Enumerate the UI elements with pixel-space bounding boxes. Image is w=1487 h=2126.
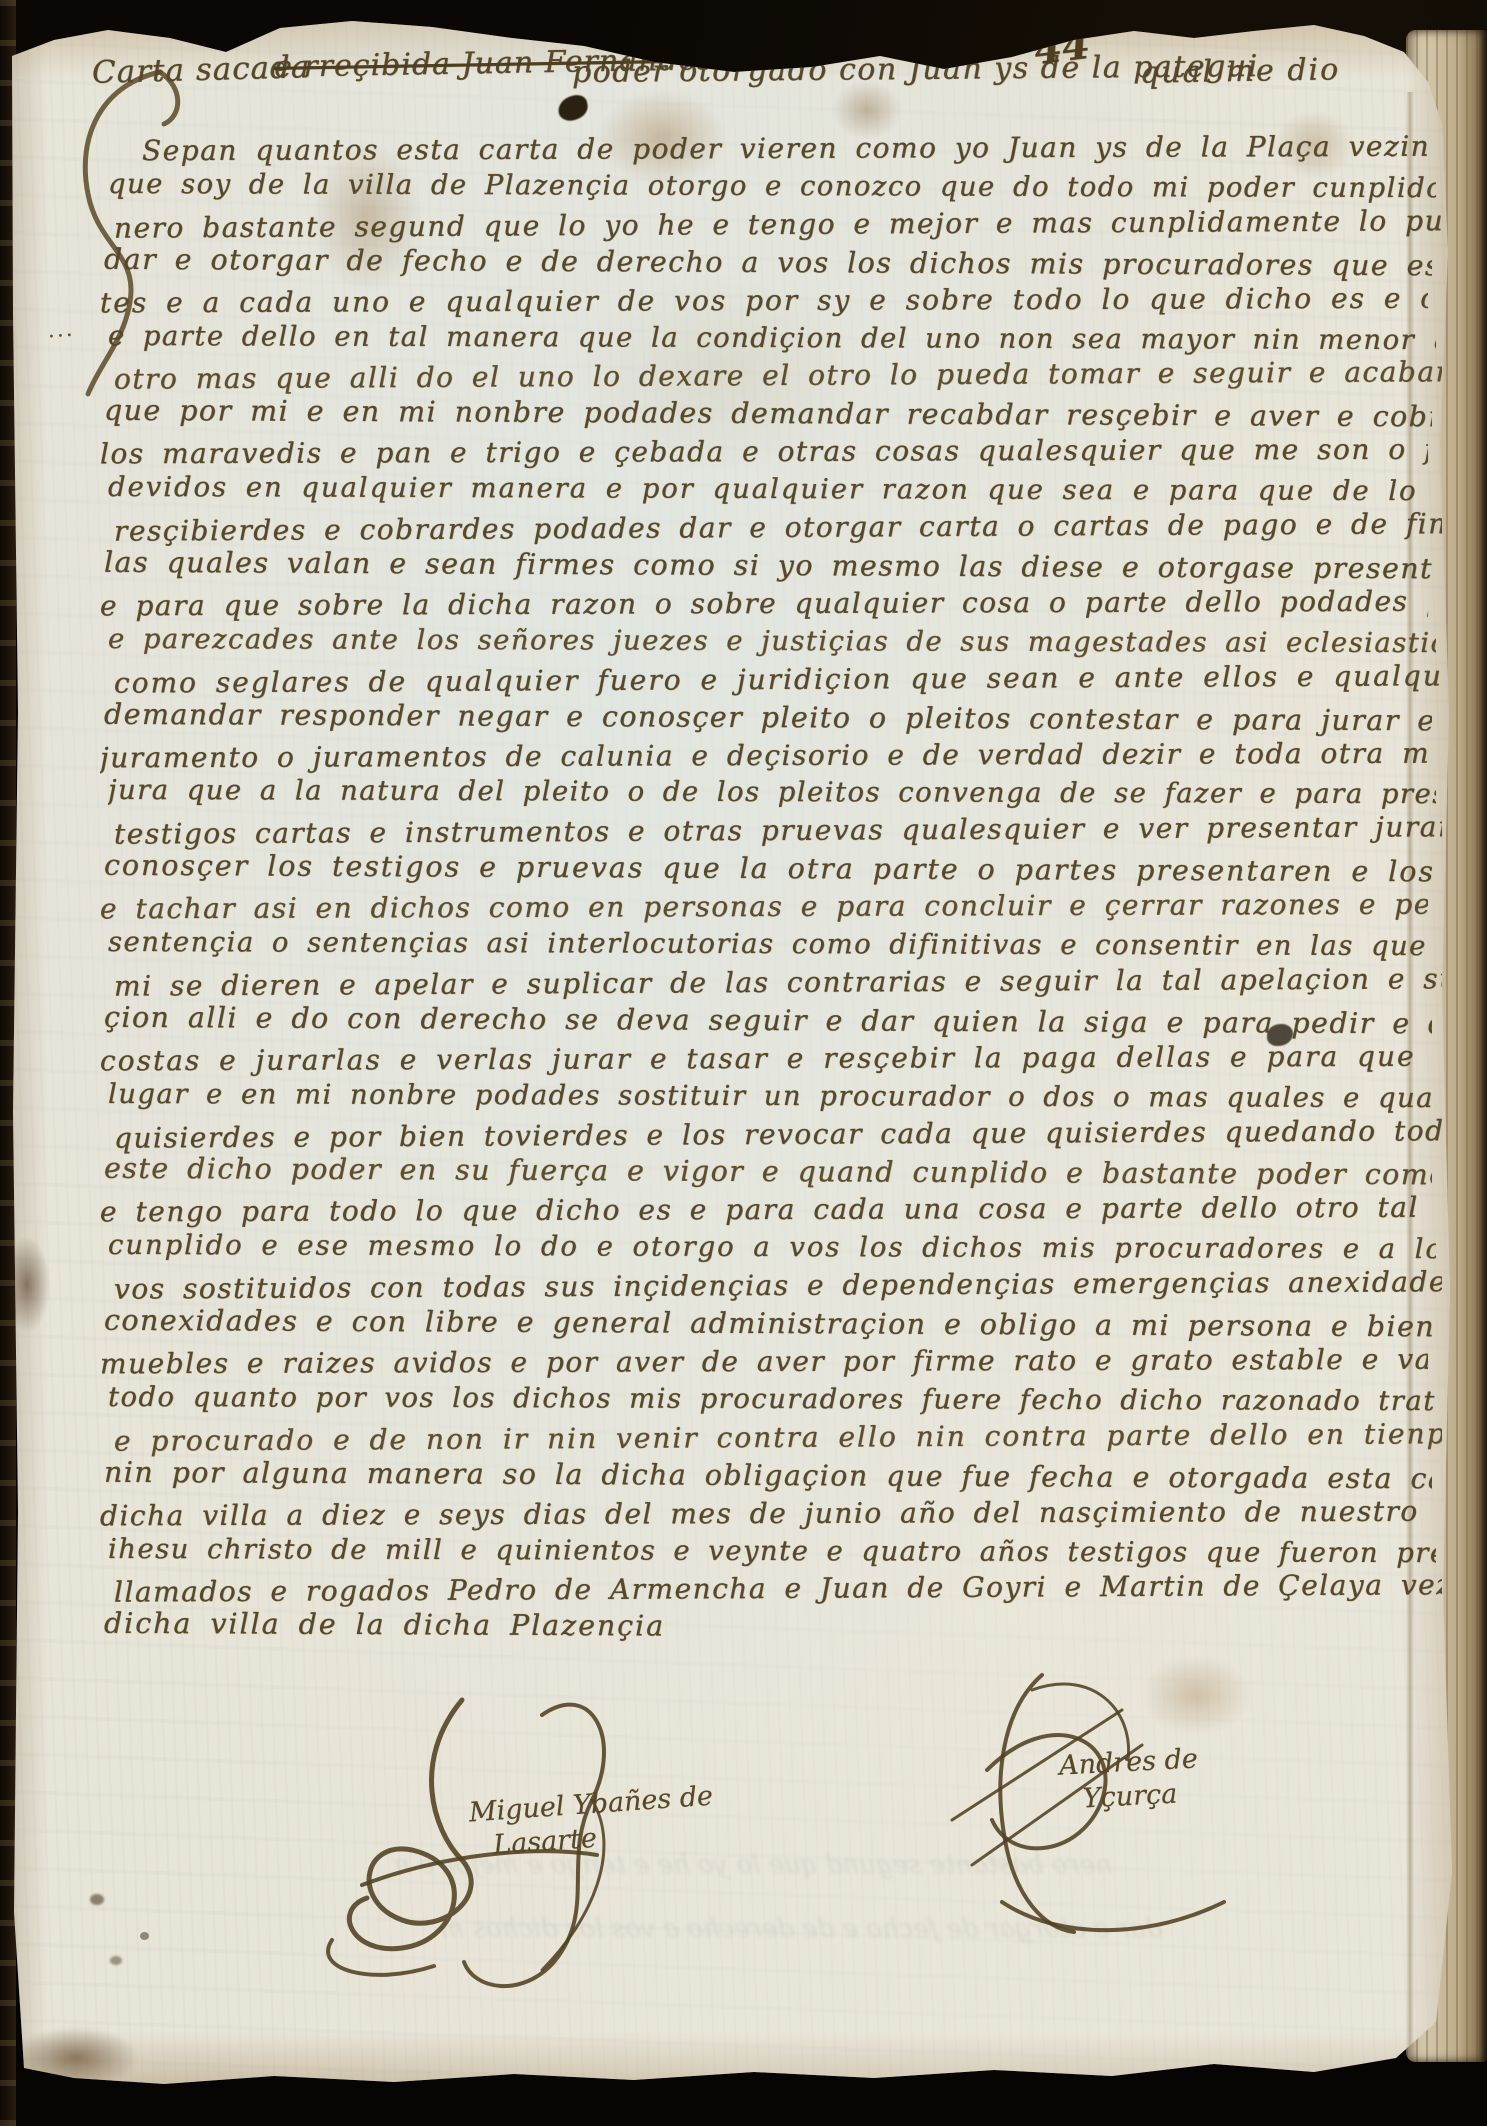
manuscript-line: mi se dieren e apelar e suplicar de las … bbox=[114, 960, 1442, 1005]
manuscript-line: juramento o juramentos de calunia e deçi… bbox=[100, 734, 1428, 777]
manuscript-line: e procurado e de non ir nin venir contra… bbox=[114, 1415, 1442, 1460]
manuscript-line: e para que sobre la dicha razon o sobre … bbox=[100, 583, 1428, 626]
signature-right: Andres de Yçurça bbox=[892, 1650, 1322, 1960]
manuscript-line: cunplido e ese mesmo lo do e otorgo a vo… bbox=[108, 1227, 1436, 1269]
manuscript-line: demandar responder negar e conosçer plei… bbox=[104, 695, 1432, 739]
manuscript-line: dicha villa a diez e seys dias del mes d… bbox=[100, 1492, 1428, 1535]
manuscript-body: Sepan quantos esta carta de poder vieren… bbox=[100, 130, 1428, 1646]
manuscript-page: Carta sacada e rreçibida Juan Fernandes … bbox=[12, 12, 1454, 2094]
manuscript-line: conosçer los testigos e pruevas que la o… bbox=[104, 847, 1432, 891]
manuscript-line: conexidades e con libre e general admini… bbox=[104, 1302, 1432, 1346]
signature-left: Miguel Ybañes de Lasarte bbox=[292, 1670, 832, 2000]
manuscript-line: que soy de la villa de Plazençia otorgo … bbox=[108, 166, 1436, 208]
stain bbox=[16, 2028, 136, 2088]
manuscript-line: ihesu christo de mill e quinientos e vey… bbox=[108, 1530, 1436, 1572]
manuscript-line: que por mi e en mi nonbre podades demand… bbox=[104, 392, 1432, 436]
manuscript-line: Sepan quantos esta carta de poder vieren… bbox=[100, 128, 1428, 171]
manuscript-line: muebles e raizes avidos e por aver de av… bbox=[100, 1341, 1428, 1384]
folio-number: 44 bbox=[1031, 21, 1092, 74]
signature-block: Miguel Ybañes de Lasarte Andres de Yçurç… bbox=[12, 1664, 1454, 2014]
manuscript-line: e tachar asi en dichos como en personas … bbox=[100, 886, 1428, 929]
header-row: Carta sacada e rreçibida Juan Fernandes … bbox=[12, 12, 1454, 122]
manuscript-line: devidos en qualquier manera e por qualqu… bbox=[108, 469, 1436, 511]
manuscript-line: las quales valan e sean firmes como si y… bbox=[104, 544, 1432, 588]
manuscript-line: dar e otorgar de fecho e de derecho a vo… bbox=[104, 240, 1432, 284]
manuscript-line: este dicho poder en su fuerça e vigor e … bbox=[104, 1150, 1432, 1194]
manuscript-line: çion alli e do con derecho se deva segui… bbox=[104, 999, 1432, 1043]
manuscript-line: nin por alguna manera so la dicha obliga… bbox=[104, 1453, 1432, 1497]
manuscript-line: dicha villa de la dicha Plazençia bbox=[104, 1605, 1432, 1649]
manuscript-line: e parte dello en tal manera que la condi… bbox=[108, 317, 1436, 359]
manuscript-line: e tengo para todo lo que dicho es e para… bbox=[100, 1189, 1428, 1232]
manuscript-line: e parezcades ante los señores juezes e j… bbox=[108, 621, 1436, 663]
signatory-name: Andres de Yçurça bbox=[1058, 1742, 1200, 1817]
margin-mark: ··· bbox=[47, 323, 76, 350]
manuscript-line: como seglares de qualquier fuero e jurid… bbox=[114, 657, 1442, 702]
manuscript-line: lugar e en mi nonbre podades sostituir u… bbox=[108, 1076, 1436, 1118]
header-note-trailing: qual me dio bbox=[1140, 52, 1341, 90]
manuscript-line: jura que a la natura del pleito o de los… bbox=[108, 772, 1436, 814]
manuscript-line: sentençia o sentençias asi interlocutori… bbox=[108, 924, 1436, 966]
signatory-name-line: Yçurça bbox=[1060, 1776, 1200, 1817]
manuscript-line: todo quanto por vos los dichos mis procu… bbox=[108, 1379, 1436, 1421]
manuscript-line: costas e jurarlas e verlas jurar e tasar… bbox=[100, 1037, 1428, 1080]
manuscript-line: tes e a cada uno e qualquier de vos por … bbox=[100, 279, 1428, 322]
signatory-name-line: Andres de bbox=[1058, 1742, 1198, 1783]
manuscript-line: nero bastante segund que lo yo he e teng… bbox=[114, 202, 1442, 247]
cross-mark-icon: + bbox=[770, 14, 795, 49]
manuscript-scan: Carta sacada e rreçibida Juan Fernandes … bbox=[0, 0, 1487, 2126]
manuscript-line: los maravedis e pan e trigo e çebada e o… bbox=[100, 431, 1428, 474]
